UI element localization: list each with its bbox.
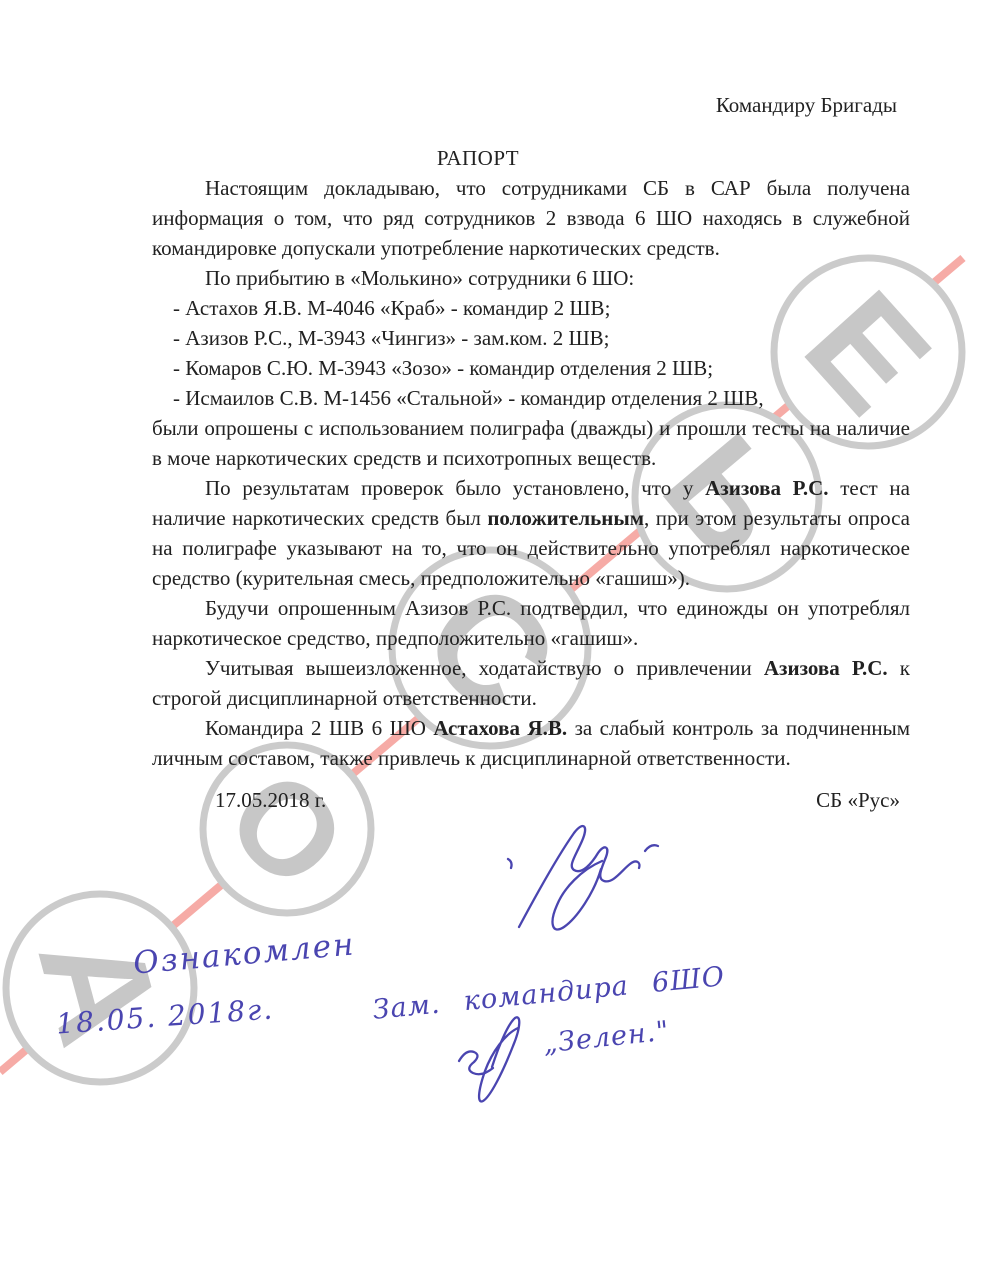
handwritten-approver-position: Зам. командира 6ШО (371, 961, 726, 1026)
approver-signature-start (459, 1051, 493, 1074)
paragraph-intro: Настоящим докладываю, что сотрудниками С… (152, 173, 910, 263)
paragraph-commander: Командира 2 ШВ 6 ШО Астахова Я.В. за сла… (152, 713, 910, 773)
report-date: 17.05.2018 г. (215, 785, 326, 815)
approver-signature-loop (479, 1017, 519, 1101)
list-item: - Исмаилов С.В. М-1456 «Стальной» - кома… (173, 383, 910, 413)
handwritten-acknowledgement: Ознакомлен (132, 926, 357, 981)
ink-curve-mark (645, 845, 658, 851)
scanned-report-page: АОСЬЕ Командиру Бригады РАПОРТ Настоящим… (0, 0, 988, 1280)
report-title: РАПОРТ (99, 143, 857, 173)
recipient-line: Командиру Бригады (152, 90, 910, 120)
watermark-letter: А (8, 916, 193, 1060)
list-item: - Астахов Я.В. М-4046 «Краб» - командир … (173, 293, 910, 323)
paragraph-results: По результатам проверок было установлено… (152, 473, 910, 593)
paragraph-confession: Будучи опрошенным Азизов Р.С. подтвердил… (152, 593, 910, 653)
paragraph-petition: Учитывая вышеизложенное, ходатайствую о … (152, 653, 910, 713)
list-item: - Комаров С.Ю. М-3943 «Зозо» - командир … (173, 353, 910, 383)
handwritten-approver-name: „Зелен." (542, 1015, 671, 1059)
handwritten-ack-date: 18.05. 2018г. (55, 992, 275, 1040)
paragraph-polygraph: были опрошены с использованием полиграфа… (152, 413, 910, 473)
personnel-list: - Астахов Я.В. М-4046 «Краб» - командир … (152, 293, 910, 413)
ink-comma-mark (508, 859, 512, 868)
signature-row: 17.05.2018 г. СБ «Рус» (152, 785, 910, 815)
commander-signature-loop (553, 861, 602, 930)
watermark-circle (6, 894, 194, 1082)
list-item: - Азизов Р.С., М-3943 «Чингиз» - зам.ком… (173, 323, 910, 353)
unit-signature-label: СБ «Рус» (816, 785, 910, 815)
commander-signature (508, 826, 658, 930)
document-body: Командиру Бригады РАПОРТ Настоящим докла… (0, 0, 988, 815)
commander-signature-stroke (519, 826, 639, 927)
paragraph-arrival: По прибытию в «Молькино» сотрудники 6 ШО… (152, 263, 910, 293)
approver-signature (459, 1017, 519, 1101)
